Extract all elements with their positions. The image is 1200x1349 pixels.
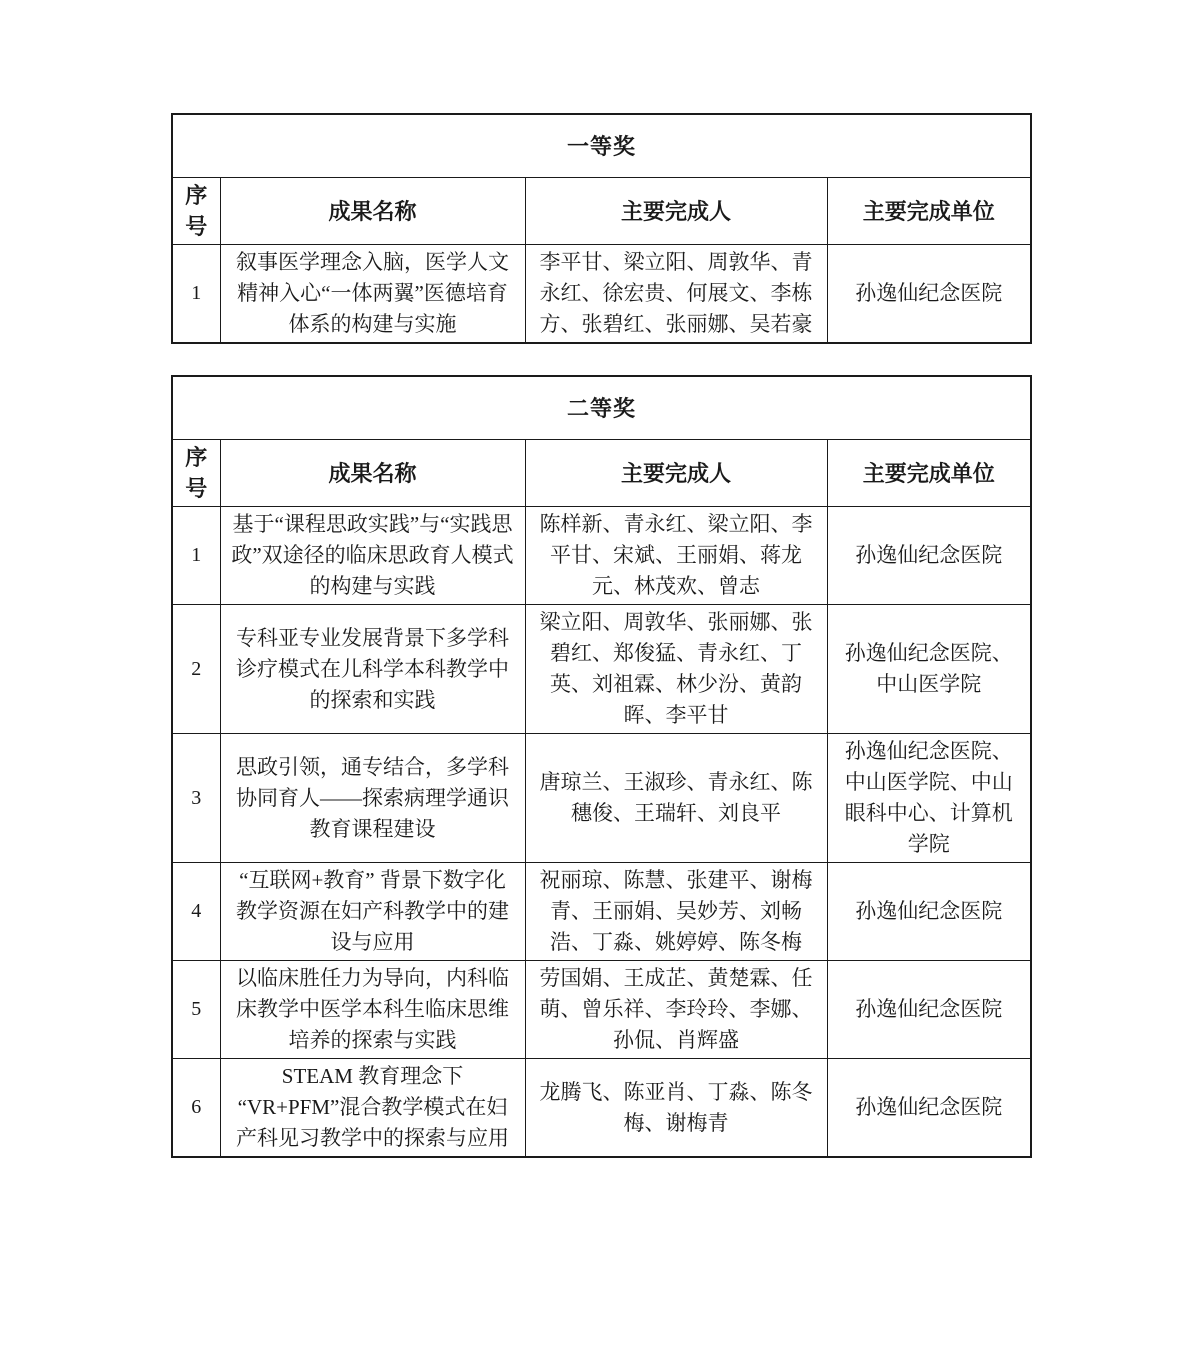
cell-unit: 孙逸仙纪念医院 xyxy=(827,507,1031,605)
table-title: 二等奖 xyxy=(172,376,1031,440)
header-index: 序号 xyxy=(172,440,220,507)
table-title-row: 二等奖 xyxy=(172,376,1031,440)
cell-achievement-name: 专科亚专业发展背景下多学科诊疗模式在儿科学本科教学中的探索和实践 xyxy=(220,605,525,734)
header-unit: 主要完成单位 xyxy=(827,178,1031,245)
cell-achievement-name: 思政引领，通专结合，多学科协同育人——探索病理学通识教育课程建设 xyxy=(220,734,525,863)
cell-index: 1 xyxy=(172,245,220,344)
table-row: 3 思政引领，通专结合，多学科协同育人——探索病理学通识教育课程建设 唐琼兰、王… xyxy=(172,734,1031,863)
cell-achievement-name: 以临床胜任力为导向，内科临床教学中医学本科生临床思维培养的探索与实践 xyxy=(220,961,525,1059)
cell-unit: 孙逸仙纪念医院 xyxy=(827,961,1031,1059)
table-header-row: 序号 成果名称 主要完成人 主要完成单位 xyxy=(172,440,1031,507)
table-title: 一等奖 xyxy=(172,114,1031,178)
cell-people: 祝丽琼、陈慧、张建平、谢梅青、王丽娟、吴妙芳、刘畅浩、丁淼、姚婷婷、陈冬梅 xyxy=(525,863,827,961)
table-row: 5 以临床胜任力为导向，内科临床教学中医学本科生临床思维培养的探索与实践 劳国娟… xyxy=(172,961,1031,1059)
cell-people: 劳国娟、王成芷、黄楚霖、任萌、曾乐祥、李玲玲、李娜、孙侃、肖辉盛 xyxy=(525,961,827,1059)
table-row: 2 专科亚专业发展背景下多学科诊疗模式在儿科学本科教学中的探索和实践 梁立阳、周… xyxy=(172,605,1031,734)
cell-people: 李平甘、梁立阳、周敦华、青永红、徐宏贵、何展文、李栋方、张碧红、张丽娜、吴若豪 xyxy=(525,245,827,344)
header-index: 序号 xyxy=(172,178,220,245)
header-achievement-name: 成果名称 xyxy=(220,440,525,507)
cell-index: 2 xyxy=(172,605,220,734)
cell-people: 陈样新、青永红、梁立阳、李平甘、宋斌、王丽娟、蒋龙元、林茂欢、曾志 xyxy=(525,507,827,605)
cell-index: 1 xyxy=(172,507,220,605)
table-title-row: 一等奖 xyxy=(172,114,1031,178)
cell-achievement-name: “互联网+教育” 背景下数字化教学资源在妇产科教学中的建设与应用 xyxy=(220,863,525,961)
header-people: 主要完成人 xyxy=(525,178,827,245)
cell-index: 4 xyxy=(172,863,220,961)
cell-achievement-name: 基于“课程思政实践”与“实践思政”双途径的临床思政育人模式的构建与实践 xyxy=(220,507,525,605)
table-row: 6 STEAM 教育理念下 “VR+PFM”混合教学模式在妇产科见习教学中的探索… xyxy=(172,1059,1031,1158)
cell-unit: 孙逸仙纪念医院 xyxy=(827,1059,1031,1158)
cell-unit: 孙逸仙纪念医院、中山医学院、中山眼科中心、计算机学院 xyxy=(827,734,1031,863)
cell-unit: 孙逸仙纪念医院 xyxy=(827,863,1031,961)
cell-index: 5 xyxy=(172,961,220,1059)
cell-achievement-name: STEAM 教育理念下 “VR+PFM”混合教学模式在妇产科见习教学中的探索与应… xyxy=(220,1059,525,1158)
cell-unit: 孙逸仙纪念医院、中山医学院 xyxy=(827,605,1031,734)
header-achievement-name: 成果名称 xyxy=(220,178,525,245)
cell-people: 唐琼兰、王淑珍、青永红、陈穗俊、王瑞轩、刘良平 xyxy=(525,734,827,863)
cell-index: 6 xyxy=(172,1059,220,1158)
header-people: 主要完成人 xyxy=(525,440,827,507)
cell-achievement-name: 叙事医学理念入脑，医学人文精神入心“一体两翼”医德培育体系的构建与实施 xyxy=(220,245,525,344)
table-row: 1 叙事医学理念入脑，医学人文精神入心“一体两翼”医德培育体系的构建与实施 李平… xyxy=(172,245,1031,344)
table-header-row: 序号 成果名称 主要完成人 主要完成单位 xyxy=(172,178,1031,245)
first-prize-table: 一等奖 序号 成果名称 主要完成人 主要完成单位 1 叙事医学理念入脑，医学人文… xyxy=(171,113,1032,344)
cell-unit: 孙逸仙纪念医院 xyxy=(827,245,1031,344)
document-page: 一等奖 序号 成果名称 主要完成人 主要完成单位 1 叙事医学理念入脑，医学人文… xyxy=(0,0,1200,1349)
table-row: 4 “互联网+教育” 背景下数字化教学资源在妇产科教学中的建设与应用 祝丽琼、陈… xyxy=(172,863,1031,961)
cell-people: 龙腾飞、陈亚肖、丁淼、陈冬梅、谢梅青 xyxy=(525,1059,827,1158)
cell-index: 3 xyxy=(172,734,220,863)
cell-people: 梁立阳、周敦华、张丽娜、张碧红、郑俊猛、青永红、丁英、刘祖霖、林少汾、黄韵晖、李… xyxy=(525,605,827,734)
header-unit: 主要完成单位 xyxy=(827,440,1031,507)
second-prize-table: 二等奖 序号 成果名称 主要完成人 主要完成单位 1 基于“课程思政实践”与“实… xyxy=(171,375,1032,1158)
table-row: 1 基于“课程思政实践”与“实践思政”双途径的临床思政育人模式的构建与实践 陈样… xyxy=(172,507,1031,605)
